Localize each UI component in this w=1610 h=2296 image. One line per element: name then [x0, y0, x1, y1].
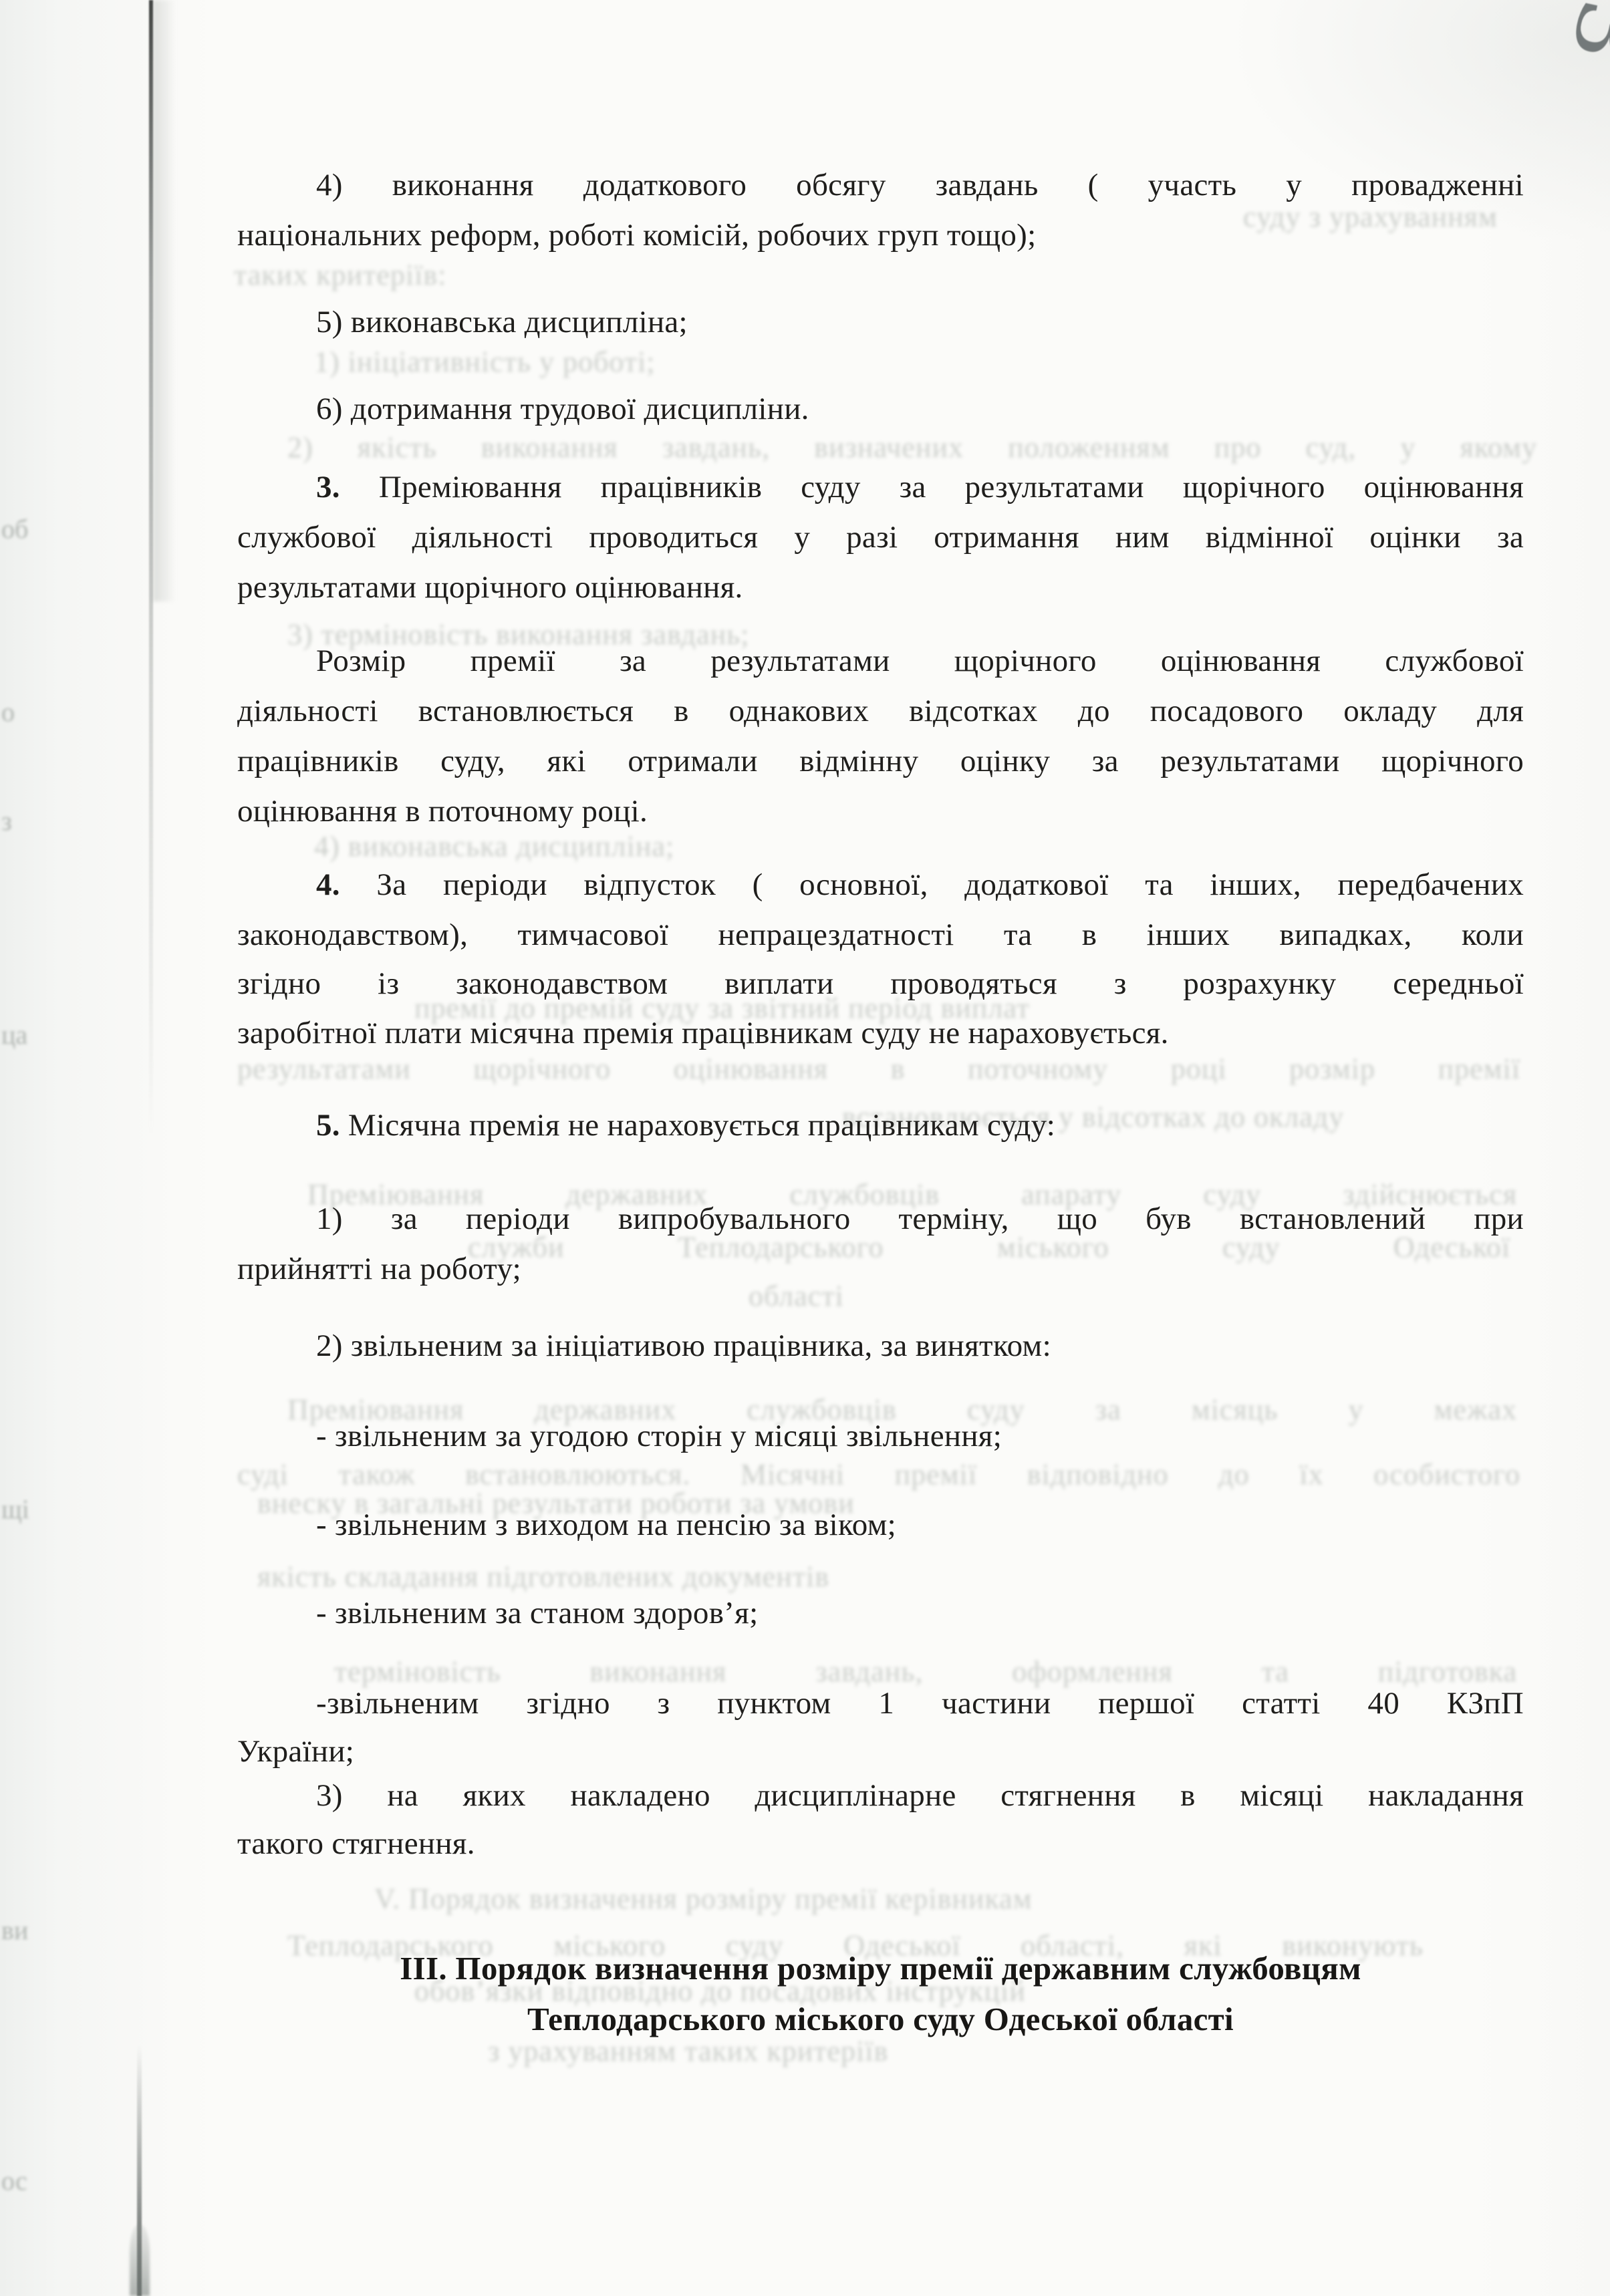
doc-line-para4-1: 4. За періоди відпусток ( основної, дода… [237, 869, 1524, 901]
doc-line-para3b-1: Розмір премії за результатами щорічного … [237, 645, 1524, 678]
doc-line-para3-1: 3. Преміювання працівників суду за резул… [237, 471, 1524, 504]
section-heading-line1: ІІІ. Порядок визначення розміру премії д… [237, 1951, 1524, 1985]
doc-line-para5-item3-2: такого стягнення. [237, 1828, 1524, 1860]
doc-line-para5-item1-1: 1) за періоди випробувального терміну, щ… [237, 1203, 1524, 1236]
para-number: 4. [316, 867, 340, 902]
doc-line-dash1: - звільненим за угодою сторін у місяці з… [237, 1420, 1524, 1453]
scanned-document-page: 3 суду з урахуванням таких критеріїв: 1)… [0, 0, 1610, 2296]
section-heading-line2: Теплодарського міського суду Одеської об… [237, 2002, 1524, 2036]
para-text: За періоди відпусток ( основної, додатко… [340, 867, 1524, 902]
doc-line-para4-2: законодавством), тимчасової непрацездатн… [237, 919, 1524, 952]
para-text: Місячна премія не нараховується працівни… [340, 1108, 1055, 1143]
doc-line-dash4-1: -звільненим згідно з пунктом 1 частини п… [237, 1687, 1524, 1720]
doc-line-para5-item2: 2) звільненим за ініціативою працівника,… [237, 1330, 1524, 1362]
doc-line-para3-3: результатами щорічного оцінювання. [237, 571, 1524, 604]
doc-line-item6: 6) дотримання трудової дисципліни. [237, 393, 1524, 426]
para-number: 5. [316, 1108, 340, 1143]
document-text-layer: 4) виконання додаткового обсягу завдань … [0, 0, 1610, 2296]
doc-line-para4-4: заробітної плати місячна премія працівни… [237, 1017, 1524, 1050]
doc-line-item4-1: 4) виконання додаткового обсягу завдань … [237, 169, 1524, 202]
doc-line-para3-2: службової діяльності проводиться у разі … [237, 521, 1524, 554]
para-number: 3. [316, 470, 340, 505]
doc-line-para3b-2: діяльності встановлюється в однакових ві… [237, 695, 1524, 728]
doc-line-dash3: - звільненим за станом здоровʼя; [237, 1597, 1524, 1630]
doc-line-dash4-2: України; [237, 1735, 1524, 1768]
doc-line-para5-item3-1: 3) на яких накладено дисциплінарне стягн… [237, 1779, 1524, 1812]
doc-line-dash2: - звільненим з виходом на пенсію за віко… [237, 1509, 1524, 1542]
doc-line-para5-item1-2: прийнятті на роботу; [237, 1253, 1524, 1286]
doc-line-item5: 5) виконавська дисципліна; [237, 306, 1524, 339]
doc-line-para3b-3: працівників суду, які отримали відмінну … [237, 745, 1524, 778]
doc-line-item4-2: національних реформ, роботі комісій, роб… [237, 219, 1524, 252]
doc-line-para4-3: згідно із законодавством виплати проводя… [237, 968, 1524, 1000]
para-text: Преміювання працівників суду за результа… [340, 470, 1524, 505]
doc-line-para3b-4: оцінювання в поточному році. [237, 795, 1524, 828]
doc-line-para5: 5. Місячна премія не нараховується праці… [237, 1109, 1524, 1142]
